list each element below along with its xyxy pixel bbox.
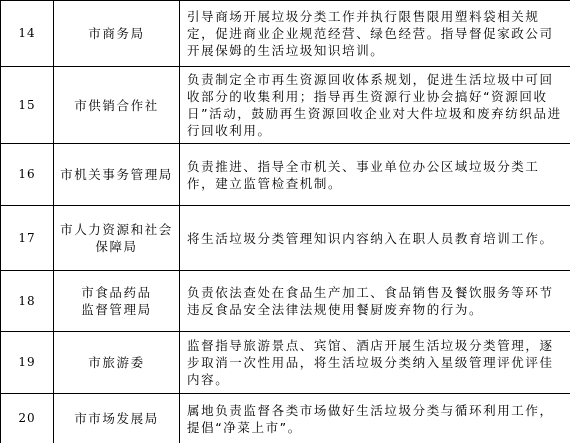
responsibility-text: 引导商场开展垃圾分类工作并执行限售限用塑料袋相关规定，促进商业企业规范经营、绿色…	[180, 1, 570, 67]
table-row: 15 市供销合作社 负责制定全市再生资源回收体系规划，促进生活垃圾中可回收部分的…	[1, 67, 570, 144]
responsibility-text: 负责依法查处在食品生产加工、食品销售及餐饮服务等环节违反食品安全法律法规使用餐厨…	[180, 271, 570, 332]
table-row: 17 市人力资源和社会 保障局 将生活垃圾分类管理知识内容纳入在职人员教育培训工…	[1, 206, 570, 271]
department-name-line: 市市场发展局	[58, 410, 175, 427]
department-name-line: 保障局	[58, 238, 175, 255]
responsibility-text: 负责制定全市再生资源回收体系规划，促进生活垃圾中可回收部分的收集利用；指导再生资…	[180, 67, 570, 144]
table-row: 20 市市场发展局 属地负责监督各类市场做好生活垃圾分类与循环利用工作，提倡“净…	[1, 394, 570, 443]
department-name: 市市场发展局	[54, 394, 180, 443]
department-name: 市机关事务管理局	[54, 144, 180, 206]
table-row: 18 市食品药品 监督管理局 负责依法查处在食品生产加工、食品销售及餐饮服务等环…	[1, 271, 570, 332]
row-number: 16	[1, 144, 54, 206]
department-name-line: 市食品药品	[58, 284, 175, 301]
responsibility-table: 14 市商务局 引导商场开展垃圾分类工作并执行限售限用塑料袋相关规定，促进商业企…	[0, 0, 570, 443]
row-number: 17	[1, 206, 54, 271]
row-number: 15	[1, 67, 54, 144]
row-number: 14	[1, 1, 54, 67]
department-name: 市商务局	[54, 1, 180, 67]
responsibility-text: 属地负责监督各类市场做好生活垃圾分类与循环利用工作，提倡“净菜上市”。	[180, 394, 570, 443]
department-name: 市食品药品 监督管理局	[54, 271, 180, 332]
row-number: 19	[1, 332, 54, 394]
department-name: 市旅游委	[54, 332, 180, 394]
department-name-line: 市商务局	[58, 25, 175, 42]
department-name-line: 市机关事务管理局	[58, 166, 175, 183]
responsibility-text: 负责推进、指导全市机关、事业单位办公区域垃圾分类工作，建立监管检查机制。	[180, 144, 570, 206]
responsibility-text: 将生活垃圾分类管理知识内容纳入在职人员教育培训工作。	[180, 206, 570, 271]
responsibility-text: 监督指导旅游景点、宾馆、酒店开展生活垃圾分类管理，逐步取消一次性用品，将生活垃圾…	[180, 332, 570, 394]
department-name: 市人力资源和社会 保障局	[54, 206, 180, 271]
row-number: 20	[1, 394, 54, 443]
row-number: 18	[1, 271, 54, 332]
department-name-line: 市供销合作社	[58, 97, 175, 114]
table-row: 14 市商务局 引导商场开展垃圾分类工作并执行限售限用塑料袋相关规定，促进商业企…	[1, 1, 570, 67]
department-name: 市供销合作社	[54, 67, 180, 144]
department-name-line: 市旅游委	[58, 354, 175, 371]
table-row: 16 市机关事务管理局 负责推进、指导全市机关、事业单位办公区域垃圾分类工作，建…	[1, 144, 570, 206]
table-row: 19 市旅游委 监督指导旅游景点、宾馆、酒店开展生活垃圾分类管理，逐步取消一次性…	[1, 332, 570, 394]
department-name-line: 监督管理局	[58, 301, 175, 318]
department-name-line: 市人力资源和社会	[58, 221, 175, 238]
